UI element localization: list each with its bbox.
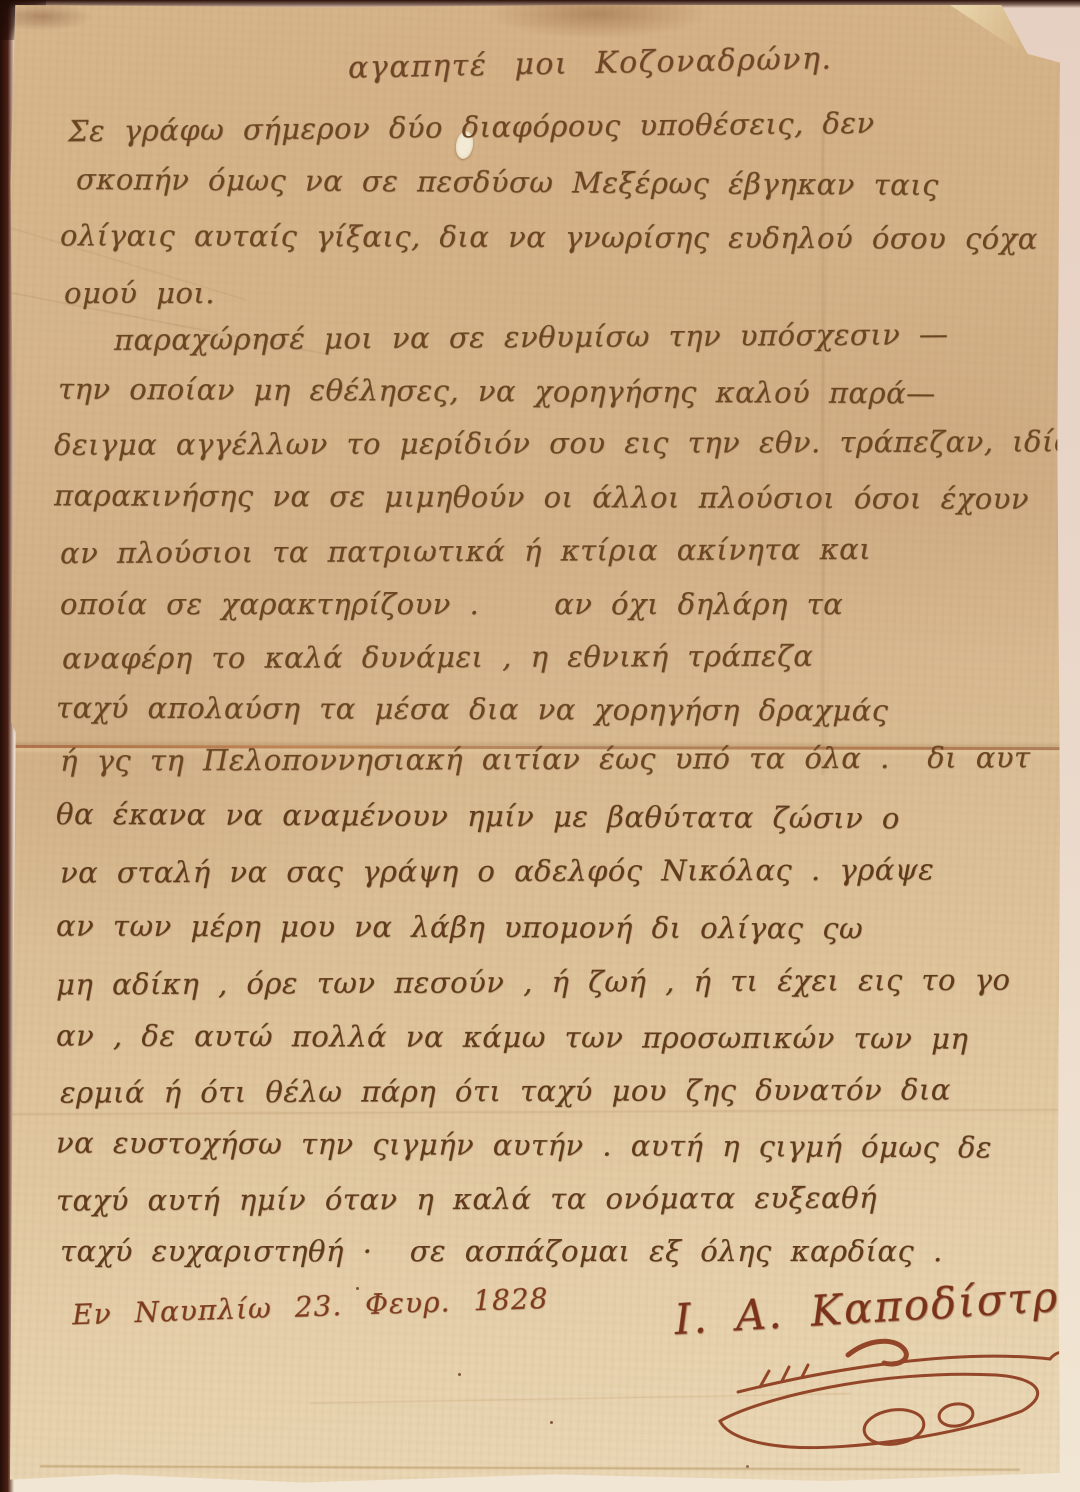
handwritten-line: οποία σε χαρακτηρίζουν . αν όχι δηλάρη τ…: [60, 590, 843, 619]
handwritten-line: Σε γράφω σήμερον δύο διαφόρους υποθέσεις…: [68, 109, 875, 146]
signature: Ι. Α. Καποδίστριας: [673, 1271, 1080, 1341]
handwritten-line: ολίγαις αυταίς γίξαις, δια να γνωρίσης ε…: [60, 221, 1038, 253]
ink-dot: [458, 1373, 461, 1376]
salutation-line: αγαπητέ μοι Κοζοναδρώνη.: [348, 44, 833, 83]
handwritten-line: αν των μέρη μου να λάβη υπομονή δι ολίγα…: [56, 912, 863, 944]
letter-paper: αγαπητέ μοι Κοζοναδρώνη. Σε γράφω σήμερο…: [10, 5, 1060, 1484]
handwritten-line: ερμιά ή ότι θέλω πάρη ότι ταχύ μου ζης δ…: [60, 1075, 951, 1107]
handwritten-line: να ευστοχήσω την ςιγμήν αυτήν . αυτή η ς…: [56, 1129, 992, 1163]
handwritten-line: ταχύ ευχαριστηθή · σε ασπάζομαι εξ όλης …: [60, 1237, 943, 1266]
signature-flourish-icon: [698, 1337, 1070, 1487]
fold-crease-faint: [10, 1109, 1060, 1116]
letter-photograph: αγαπητέ μοι Κοζοναδρώνη. Σε γράφω σήμερο…: [0, 0, 1080, 1492]
handwritten-line: να σταλή να σας γράψη ο αδελφός Νικόλας …: [60, 855, 934, 887]
handwritten-line: ταχύ αυτή ημίν όταν η καλά τα ονόματα ευ…: [56, 1184, 877, 1216]
handwritten-line: ταχύ απολαύση τα μέσα δια να χορηγήση δρ…: [56, 694, 889, 726]
ink-dot: [550, 1421, 553, 1424]
handwritten-line: παρακινήσης να σε μιμηθούν οι άλλοι πλού…: [54, 481, 1029, 513]
handwritten-line: παραχώρησέ μοι να σε ενθυμίσω την υπόσχε…: [114, 320, 949, 355]
dateline: Εν Ναυπλίω 23. Φευρ. 1828: [72, 1285, 549, 1330]
handwritten-line: σκοπήν όμως να σε πεσδύσω Μεξέρως έβγηκα…: [76, 165, 939, 200]
handwritten-line: δειγμα αγγέλλων το μερίδιόν σου εις την …: [54, 427, 1074, 460]
handwritten-line: ή γς τη Πελοποννησιακή αιτίαν έως υπό τα…: [60, 743, 1031, 775]
handwritten-line: αναφέρη το καλά δυνάμει , η εθνική τράπε…: [62, 642, 813, 674]
handwritten-line: μη αδίκη , όρε των πεσούν , ή ζωή , ή τι…: [56, 966, 1011, 1000]
handwritten-line: ομού μοι.: [64, 279, 215, 308]
handwritten-line: αν πλούσιοι τα πατριωτικά ή κτίρια ακίνη…: [60, 535, 871, 568]
handwritten-line: αν , δε αυτώ πολλά να κάμω των προσωπικώ…: [56, 1021, 968, 1053]
handwritten-line: θα έκανα να αναμένουν ημίν με βαθύτατα ζ…: [56, 800, 900, 833]
folded-corner: [950, 5, 1022, 53]
handwritten-line: την οποίαν μη εθέλησες, να χορηγήσης καλ…: [58, 375, 936, 409]
